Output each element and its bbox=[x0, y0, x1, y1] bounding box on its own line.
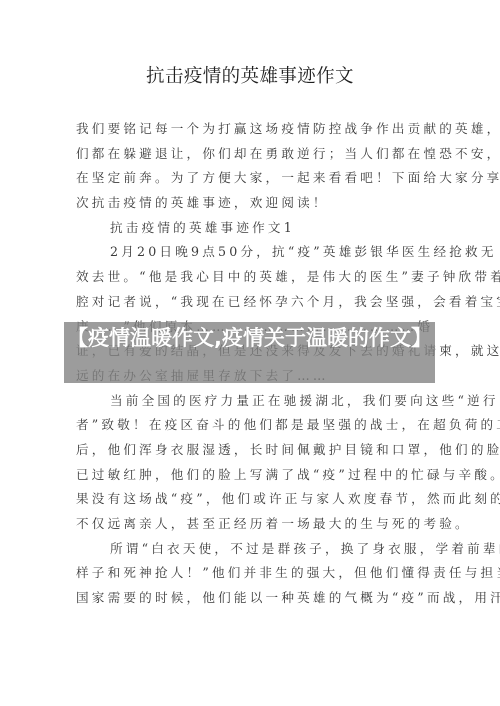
document-line: 抗击疫情的英雄事迹作文1 bbox=[76, 216, 428, 241]
document-line: 已过敏红肿，他们的脸上写满了战“疫”过程中的忙碌与辛酸。如 bbox=[76, 463, 428, 488]
document-line: 2月20日晚9点50分，抗“疫”英雄彭银华医生经抢救无 bbox=[76, 240, 428, 265]
document-line: 效去世。“他是我心目中的英雄，是伟大的医生”妻子钟欣带着哭 bbox=[76, 265, 428, 290]
document-line: 当前全国的医疗力量正在驰援湖北，我们要向这些“逆行 bbox=[76, 389, 428, 414]
document-line: 样子和死神抢人！”他们并非生的强大，但他们懂得责任与担当，在 bbox=[76, 561, 428, 586]
document-title: 抗击疫情的英雄事迹作文 bbox=[0, 62, 500, 88]
document-line: 次抗击疫情的英雄事迹，欢迎阅读！ bbox=[76, 191, 428, 216]
document-line: 在坚定前奔。为了方便大家，一起来看看吧！下面给大家分享关于这 bbox=[76, 166, 428, 191]
document-line: 腔对记者说，“我现在已经怀孕六个月，我会坚强，会看着宝宝健 bbox=[76, 290, 428, 315]
document-line: 果没有这场战“疫”，他们或许正与家人欢度春节，然而此刻的他们 bbox=[76, 487, 428, 512]
document-line: 不仅远离亲人，甚至正经历着一场最大的生与死的考验。 bbox=[76, 512, 428, 537]
document-line: 我们要铭记每一个为打赢这场疫情防控战争作出贡献的英雄，当人 bbox=[76, 117, 428, 142]
document-line: 们都在躲避退让，你们却在勇敢逆行；当人们都在惶恐不安，你们却 bbox=[76, 142, 428, 167]
document-line: 国家需要的时候，他们能以一种英雄的气概为“疫”而战，用汗水 bbox=[76, 586, 428, 611]
document-line: 者”致敬！在疫区奋斗的他们都是最坚强的战士，在超负荷的工作 bbox=[76, 413, 428, 438]
overlay-banner-title[interactable]: 【疫情温暖作文,疫情关于温暖的作文】 bbox=[64, 322, 435, 352]
document-line: 后，他们浑身衣服湿透，长时间佩戴护目镜和口罩，他们的脸颊都 bbox=[76, 438, 428, 463]
document-line: 所谓“白衣天使，不过是群孩子，换了身衣服，学着前辈的 bbox=[76, 537, 428, 562]
